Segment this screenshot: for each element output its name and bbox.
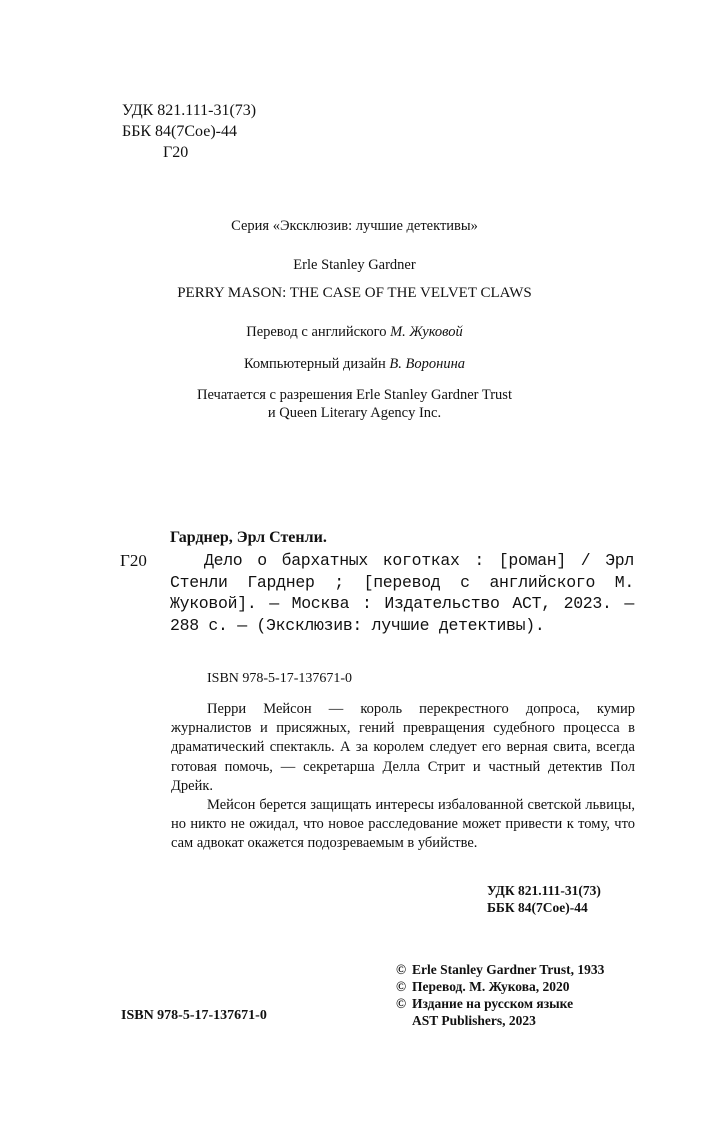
udk-code-repeat: УДК 821.111-31(73) xyxy=(487,882,601,899)
copyright-text: Издание на русском языке xyxy=(412,996,573,1011)
permission-line-1: Печатается с разрешения Erle Stanley Gar… xyxy=(0,386,709,404)
copyright-icon: © xyxy=(396,978,412,995)
copyright-text: Erle Stanley Gardner Trust, 1933 xyxy=(412,962,604,977)
copyright-text: Перевод. М. Жукова, 2020 xyxy=(412,979,570,994)
udk-code: УДК 821.111-31(73) xyxy=(122,101,256,121)
permission-notice: Печатается с разрешения Erle Stanley Gar… xyxy=(0,386,709,422)
copyright-line: ©Перевод. М. Жукова, 2020 xyxy=(396,978,604,995)
classification-repeat: УДК 821.111-31(73) ББК 84(7Сое)-44 xyxy=(487,882,601,916)
bibliography-code: Г20 xyxy=(120,550,147,572)
copyright-line: ©Erle Stanley Gardner Trust, 1933 xyxy=(396,961,604,978)
series-line: Серия «Эксклюзив: лучшие детективы» xyxy=(0,217,709,235)
copyright-text: AST Publishers, 2023 xyxy=(412,1013,536,1028)
translator-name: М. Жуковой xyxy=(390,324,463,340)
bibliography-description: Дело о бархатных коготках : [роман] / Эр… xyxy=(170,550,634,636)
copyright-icon: © xyxy=(396,961,412,978)
designer-credit: Компьютерный дизайн В. Воронина xyxy=(0,355,709,373)
original-author: Erle Stanley Gardner xyxy=(0,256,709,274)
bibliography-author: Гарднер, Эрл Стенли. xyxy=(170,528,327,548)
bbk-code: ББК 84(7Сое)-44 xyxy=(122,122,237,142)
bibliography-isbn: ISBN 978-5-17-137671-0 xyxy=(207,670,352,688)
permission-line-2: и Queen Literary Agency Inc. xyxy=(0,404,709,422)
annotation-paragraph-2: Мейсон берется защищать интересы избалов… xyxy=(171,796,635,854)
translator-credit: Перевод с английского М. Жуковой xyxy=(0,323,709,341)
annotation: Перри Мейсон — король перекрестного допр… xyxy=(171,700,635,854)
annotation-paragraph-1: Перри Мейсон — король перекрестного допр… xyxy=(171,700,635,796)
isbn-bottom: ISBN 978-5-17-137671-0 xyxy=(121,1007,267,1025)
copyright-line: ©Издание на русском языке xyxy=(396,995,604,1012)
designer-name: В. Воронина xyxy=(389,356,465,372)
copyright-line: AST Publishers, 2023 xyxy=(396,1012,604,1029)
translator-label: Перевод с английского xyxy=(246,324,390,340)
author-mark: Г20 xyxy=(163,143,188,163)
bbk-code-repeat: ББК 84(7Сое)-44 xyxy=(487,899,601,916)
copyright-block: ©Erle Stanley Gardner Trust, 1933 ©Перев… xyxy=(396,961,604,1029)
original-title: PERRY MASON: THE CASE OF THE VELVET CLAW… xyxy=(0,284,709,302)
copyright-icon: © xyxy=(396,995,412,1012)
designer-label: Компьютерный дизайн xyxy=(244,356,389,372)
